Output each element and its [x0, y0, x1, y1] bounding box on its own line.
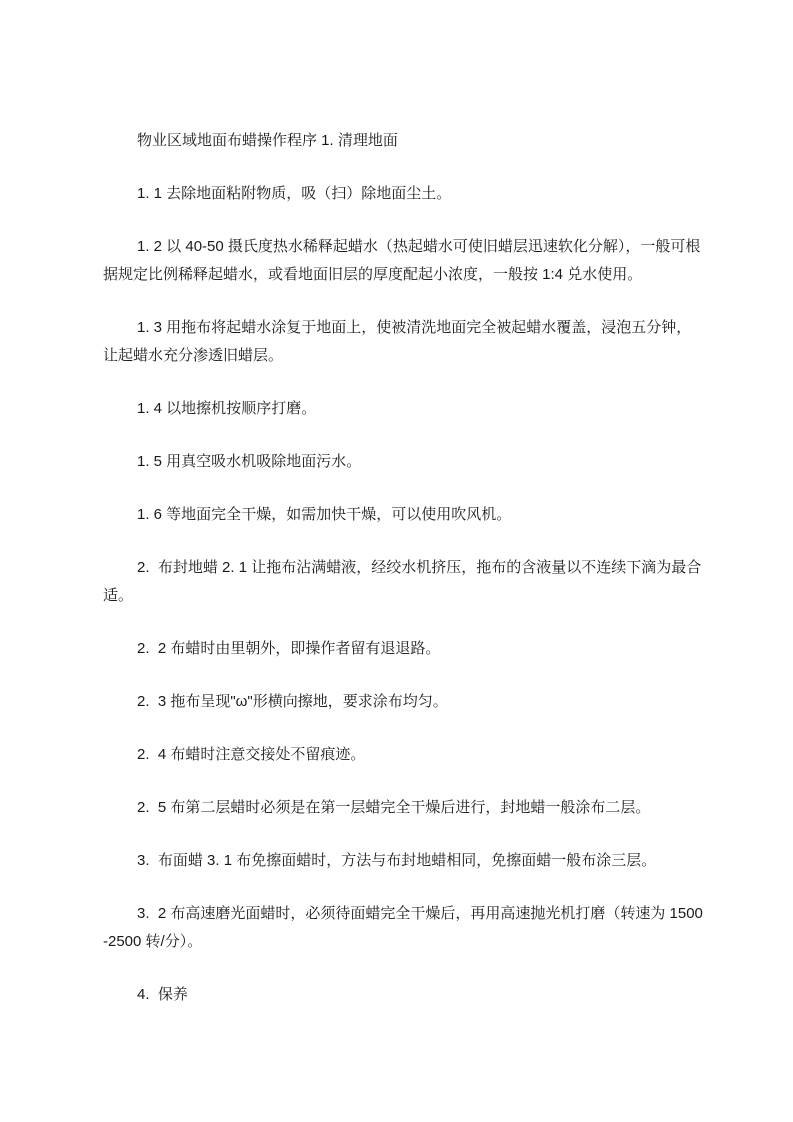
- paragraph-3-1: 3. 布面蜡 3. 1 布免擦面蜡时，方法与布封地蜡相同，免擦面蜡一般布涂三层。: [103, 847, 705, 875]
- paragraph-1-2: 1. 2 以 40-50 摄氏度热水稀释起蜡水（热起蜡水可使旧蜡层迅速软化分解）…: [103, 233, 705, 289]
- paragraph-1-5: 1. 5 用真空吸水机吸除地面污水。: [103, 448, 705, 476]
- document-page: 物业区域地面布蜡操作程序 1. 清理地面 1. 1 去除地面粘附物质，吸（扫）除…: [0, 0, 793, 1122]
- paragraph-1-4: 1. 4 以地擦机按顺序打磨。: [103, 395, 705, 423]
- paragraph-2-5: 2. 5 布第二层蜡时必须是在第一层蜡完全干燥后进行，封地蜡一般涂布二层。: [103, 794, 705, 822]
- paragraph-2-1: 2. 布封地蜡 2. 1 让拖布沾满蜡液，经绞水机挤压，拖布的含液量以不连续下滴…: [103, 554, 705, 610]
- paragraph-1-6: 1. 6 等地面完全干燥，如需加快干燥，可以使用吹风机。: [103, 501, 705, 529]
- document-title: 物业区域地面布蜡操作程序 1. 清理地面: [103, 127, 705, 155]
- document-content: 物业区域地面布蜡操作程序 1. 清理地面 1. 1 去除地面粘附物质，吸（扫）除…: [0, 0, 793, 1009]
- paragraph-2-2: 2. 2 布蜡时由里朝外，即操作者留有退退路。: [103, 635, 705, 663]
- paragraph-1-3: 1. 3 用拖布将起蜡水涂复于地面上，使被清洗地面完全被起蜡水覆盖，浸泡五分钟，…: [103, 314, 705, 370]
- paragraph-2-3: 2. 3 拖布呈现"ω"形横向擦地，要求涂布均匀。: [103, 688, 705, 716]
- paragraph-4: 4. 保养: [103, 981, 705, 1009]
- paragraph-2-4: 2. 4 布蜡时注意交接处不留痕迹。: [103, 741, 705, 769]
- paragraph-1-1: 1. 1 去除地面粘附物质，吸（扫）除地面尘土。: [103, 180, 705, 208]
- paragraph-3-2: 3. 2 布高速磨光面蜡时，必须待面蜡完全干燥后，再用高速抛光机打磨（转速为 1…: [103, 900, 705, 956]
